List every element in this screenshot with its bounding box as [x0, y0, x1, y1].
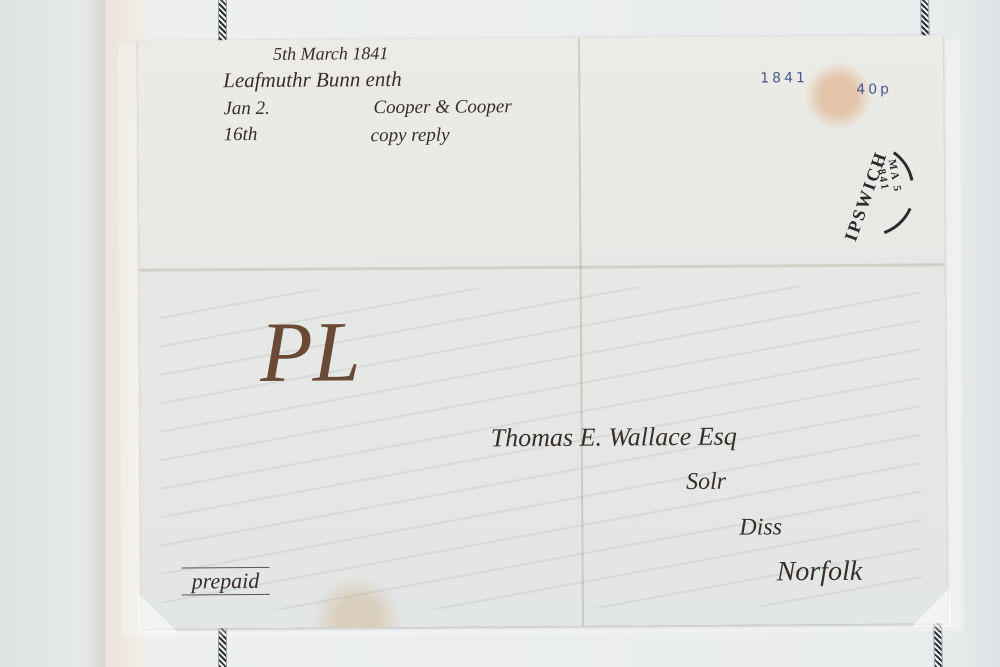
docket-line-3: Jan 2.: [223, 98, 270, 120]
letter-cover: 5th March 1841 Leafmuthr Bunn enth Jan 2…: [138, 35, 947, 629]
album-left-page: [0, 0, 105, 667]
fold-line-horizontal: [140, 263, 945, 272]
docket-line-6: copy reply: [371, 125, 450, 148]
page-edge: [960, 0, 1000, 667]
ipswich-postmark: IPSWICH MA 5 1841: [824, 140, 925, 241]
docket-line-2: Leafmuthr Bunn enth: [223, 67, 402, 93]
address-town: Diss: [739, 514, 782, 541]
address-county: Norfolk: [777, 556, 863, 589]
pencil-code: 40p: [856, 82, 892, 98]
docket-line-4: 16th: [224, 124, 258, 146]
pencil-year: 1841: [760, 70, 808, 86]
address-name: Thomas E. Wallace Esq: [491, 422, 737, 454]
charge-mark: PL: [260, 301, 361, 402]
prepaid-endorsement: prepaid: [182, 567, 270, 596]
docket-date: 5th March 1841: [273, 43, 388, 65]
address-title: Solr: [686, 469, 726, 496]
docket-line-5: Cooper & Cooper: [373, 96, 511, 119]
